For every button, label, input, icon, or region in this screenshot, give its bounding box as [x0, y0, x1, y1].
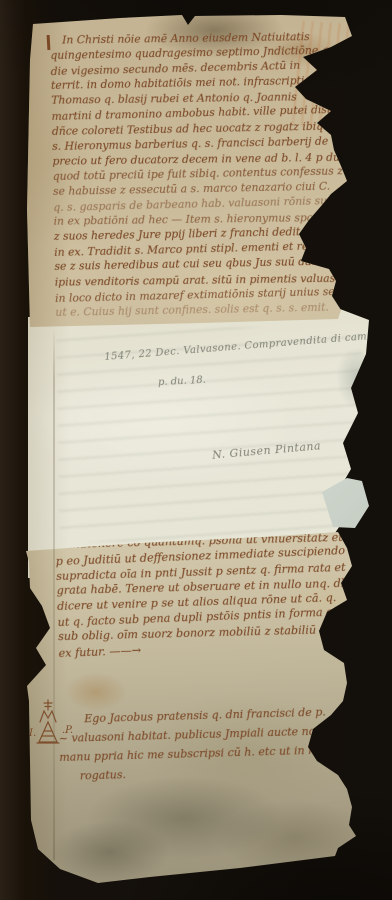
ink-bleedthrough-texture	[56, 325, 365, 542]
signum-letter-left: I.	[29, 728, 36, 739]
manuscript-photograph: 1547, 22 Dec. Valvasone. Compravendita d…	[0, 0, 392, 900]
deed-text-block: In Christi nōie amē Anno eiusdem Natiuit…	[50, 27, 367, 320]
closing-clauses-block: manutenere cō quantumq. psonā ut vniuers…	[55, 529, 359, 661]
notary-subscription-block: Ego Jacobus pratensis q. dni francisci d…	[58, 702, 350, 786]
manuscript-line: in ex pbatiōni ad hec — Item s. hieronym…	[54, 209, 366, 228]
fold-crease	[53, 326, 55, 860]
